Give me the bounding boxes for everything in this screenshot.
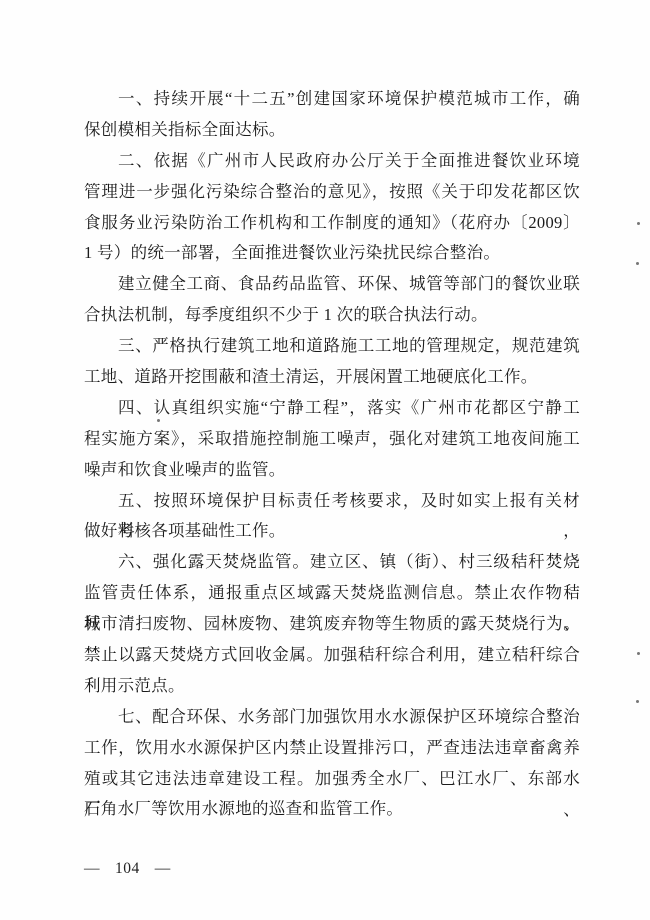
text-line: 五、按照环境保护目标责任考核要求，及时如实上报有关材料， [84, 486, 580, 517]
text-line: 工作，饮用水水源保护区内禁止设置排污口，严查违法违章畜禽养 [84, 733, 580, 764]
text-line: 殖或其它违法违章建设工程。加强秀全水厂、巴江水厂、东部水厂、 [84, 764, 580, 795]
text-line: 监管责任体系，通报重点区域露天焚烧监测信息。禁止农作物秸秆、 [84, 578, 580, 609]
text-line: 城市清扫废物、园林废物、建筑废弃物等生物质的露天焚烧行为。 [84, 609, 580, 640]
text-line: 七、配合环保、水务部门加强饮用水水源保护区环境综合整治 [84, 702, 580, 733]
page-footer: — 104 — [84, 860, 171, 878]
scan-speck [637, 652, 640, 655]
text-line: 噪声和饮食业噪声的监管。 [84, 455, 580, 486]
text-line: 建立健全工商、食品药品监管、环保、城管等部门的餐饮业联 [84, 269, 580, 300]
text-line: 二、依据《广州市人民政府办公厅关于全面推进餐饮业环境 [84, 146, 580, 177]
text-line: 食服务业污染防治工作机构和工作制度的通知》（花府办〔2009〕 [84, 208, 580, 239]
text-line: 工地、道路开挖围蔽和渣土清运，开展闲置工地硬底化工作。 [84, 362, 580, 393]
text-line: 1 号）的统一部署，全面推进餐饮业污染扰民综合整治。 [84, 238, 580, 269]
text-line: 程实施方案》，采取措施控制施工噪声，强化对建筑工地夜间施工 [84, 424, 580, 455]
page-number: 104 [115, 860, 140, 878]
scan-speck [637, 222, 640, 225]
scan-speck [636, 700, 639, 703]
text-line: 管理进一步强化污染综合整治的意见》，按照《关于印发花都区饮 [84, 177, 580, 208]
text-line: 六、强化露天焚烧监管。建立区、镇（街）、村三级秸秆焚烧 [84, 547, 580, 578]
footer-dash-right: — [155, 860, 171, 878]
document-page: 一、持续开展“十二五”创建国家环境保护模范城市工作，确保创模相关指标全面达标。二… [0, 0, 650, 920]
text-line: 禁止以露天焚烧方式回收金属。加强秸秆综合利用，建立秸秆综合 [84, 640, 580, 671]
text-line: 合执法机制，每季度组织不少于 1 次的联合执法行动。 [84, 300, 580, 331]
text-line: 保创模相关指标全面达标。 [84, 115, 580, 146]
scan-speck [157, 419, 160, 422]
text-line: 一、持续开展“十二五”创建国家环境保护模范城市工作，确 [84, 84, 580, 115]
scan-speck [636, 262, 639, 265]
text-line: 三、严格执行建筑工地和道路施工工地的管理规定，规范建筑 [84, 331, 580, 362]
footer-dash-left: — [84, 860, 100, 878]
document-body: 一、持续开展“十二五”创建国家环境保护模范城市工作，确保创模相关指标全面达标。二… [84, 84, 580, 825]
text-line: 利用示范点。 [84, 671, 580, 702]
